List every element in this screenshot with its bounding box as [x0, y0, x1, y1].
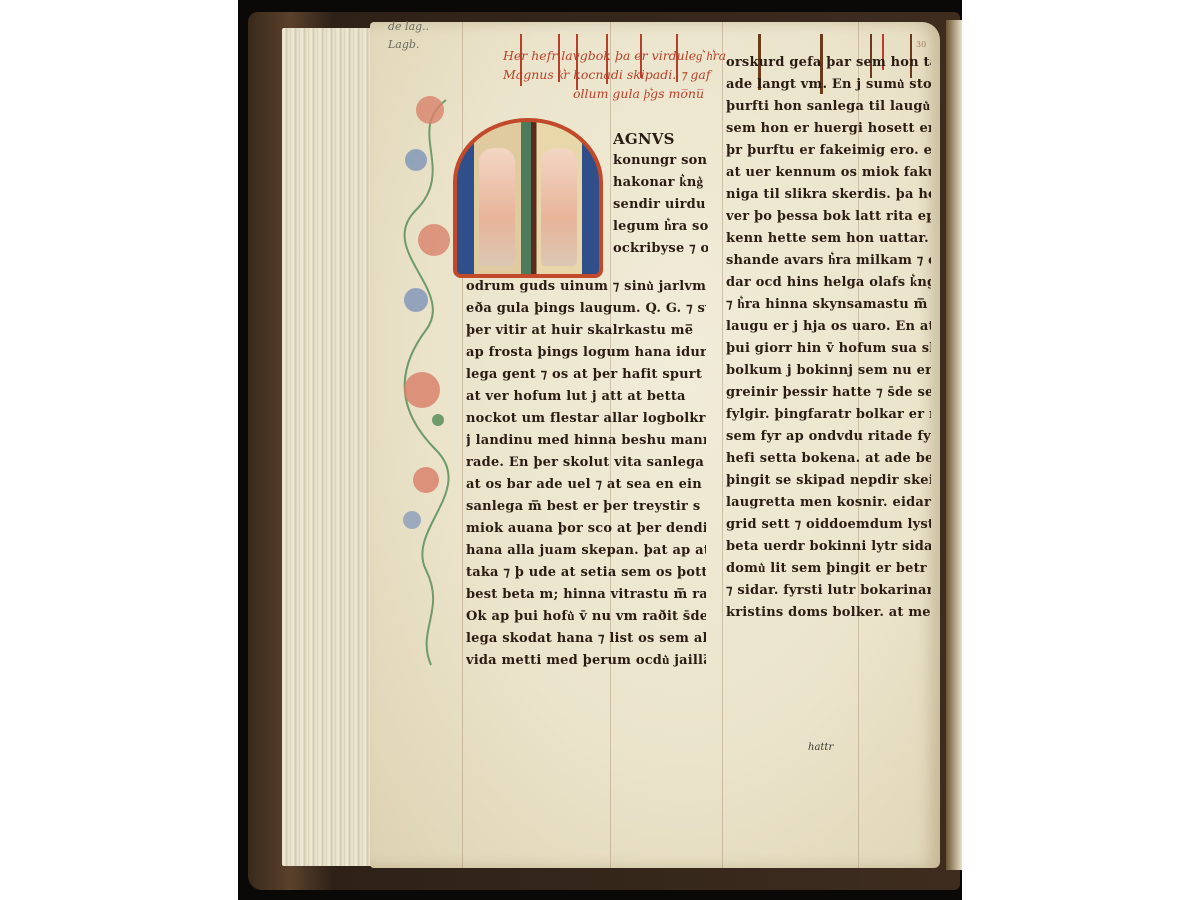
marginal-note-line: Lagb.: [388, 36, 429, 54]
marginal-note: de lag.. Lagb.: [388, 18, 429, 54]
illuminated-initial: [453, 118, 603, 278]
rubric-heading: Her hefr lavgbok þa er virduleg͛ h͛ra Ma…: [503, 46, 733, 103]
rubric-line: ollum gula þ͛gs mo̅nu̅: [503, 84, 733, 103]
column-left-text: odrum guds uinum ⁊ sinu͛ jarlvm eða gula…: [466, 276, 706, 672]
column-left-top: AGNVS konungr son hakonar k͛ng͛ sendir u…: [613, 128, 708, 260]
catchword: hattr: [808, 742, 833, 753]
page-stack-edge: [282, 28, 382, 866]
rubric-line: Her hefr lavgbok þa er virduleg͛ h͛ra: [503, 46, 733, 65]
saint-figure: [541, 148, 577, 266]
column-right-text: orskurd gefa þar sem hon talar ade langt…: [726, 52, 931, 624]
rubric-line: Magnus k͛r kocnadi skipadi. ⁊ gaf: [503, 65, 733, 84]
folio-number: 30: [916, 40, 926, 49]
manuscript-photo: de lag.. Lagb. Her hefr lavgbok þa er vi…: [238, 0, 962, 900]
facing-page-edge: [946, 20, 962, 870]
marginal-note-line: de lag..: [388, 18, 429, 36]
king-figure: [479, 148, 515, 266]
ruling-line: [722, 22, 723, 868]
